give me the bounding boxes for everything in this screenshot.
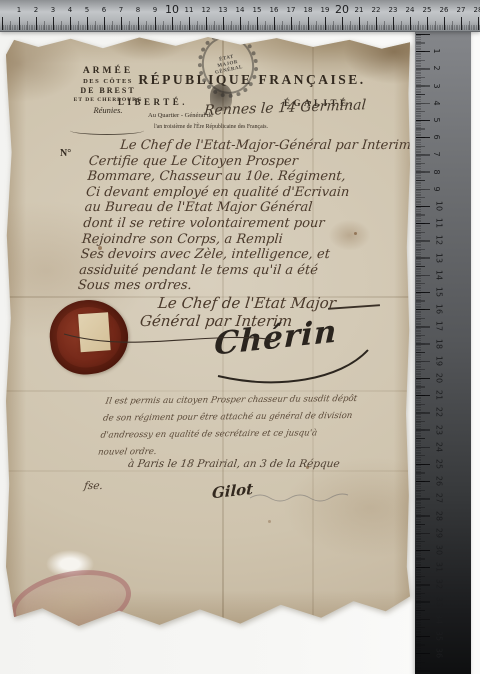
top-ruler-number: 2 bbox=[34, 6, 38, 14]
top-ruler-number: 10 bbox=[165, 3, 179, 16]
note-suffix: fse. bbox=[83, 480, 104, 492]
ink-stamp-seal: ÉTATMAJORGÉNÉRAL bbox=[192, 26, 264, 103]
top-ruler-number: 22 bbox=[372, 6, 381, 14]
right-ruler-number: 32 bbox=[435, 579, 444, 589]
right-ruler-number: 30 bbox=[435, 545, 444, 555]
top-ruler-number: 26 bbox=[440, 6, 449, 14]
right-ruler-number: 31 bbox=[435, 562, 444, 572]
right-ruler-number: 23 bbox=[435, 425, 444, 435]
right-ruler-number: 8 bbox=[432, 169, 441, 174]
top-ruler-number: 8 bbox=[136, 6, 140, 14]
top-ruler-number: 24 bbox=[406, 6, 415, 14]
right-ruler-number: 7 bbox=[432, 152, 441, 157]
right-ruler: 1234567891011121314151617181920212223242… bbox=[415, 30, 471, 674]
right-ruler-number: 2 bbox=[432, 66, 441, 71]
document-paper: ARMÉEDES CÔTESDE BRESTET DE CHERBOURGRéu… bbox=[6, 34, 410, 626]
right-ruler-number: 12 bbox=[435, 235, 444, 245]
top-ruler-number: 23 bbox=[389, 6, 398, 14]
top-ruler-number: 11 bbox=[185, 6, 194, 14]
right-ruler-number: 3 bbox=[432, 83, 441, 88]
right-ruler-number: 24 bbox=[435, 442, 444, 452]
photograph-scene: ARMÉEDES CÔTESDE BRESTET DE CHERBOURGRéu… bbox=[0, 0, 480, 674]
right-ruler-number: 27 bbox=[435, 493, 444, 503]
right-ruler-number: 26 bbox=[435, 476, 444, 486]
top-ruler-number: 21 bbox=[355, 6, 364, 14]
paper-sheet: ARMÉEDES CÔTESDE BRESTET DE CHERBOURGRéu… bbox=[6, 34, 410, 626]
top-ruler-number: 1 bbox=[17, 6, 21, 14]
right-ruler-number: 4 bbox=[432, 100, 441, 105]
right-ruler-number: 35 bbox=[435, 631, 444, 641]
right-ruler-number: 6 bbox=[432, 135, 441, 140]
right-ruler-number: 33 bbox=[435, 597, 444, 607]
handwritten-line: dont il se retire volontairement pour bbox=[83, 216, 408, 232]
top-ruler-number: 4 bbox=[68, 6, 72, 14]
top-ruler-number: 13 bbox=[219, 6, 228, 14]
closing-line-1: Le Chef de l'Etat Major bbox=[157, 294, 337, 312]
handwritten-body: Le Chef de l'Etat-Major-Général par Inte… bbox=[77, 138, 415, 294]
note-dateline: à Paris le 18 Prairial, an 3 de la Répqu… bbox=[127, 458, 340, 470]
handwritten-line: assiduité pendant le tems qu'il a été bbox=[79, 263, 404, 279]
right-ruler-number: 1 bbox=[432, 49, 441, 54]
red-wax-seal bbox=[45, 295, 133, 379]
right-ruler-number: 28 bbox=[435, 511, 444, 521]
red-wax-residue-stain bbox=[5, 560, 137, 646]
top-ruler-number: 9 bbox=[153, 6, 157, 14]
top-ruler-number: 18 bbox=[304, 6, 313, 14]
right-ruler-number: 21 bbox=[435, 390, 444, 400]
handwritten-line: Ci devant employé en qualité d'Ecrivain bbox=[85, 185, 410, 201]
marginal-note: Il est permis au citoyen Prosper chasseu… bbox=[97, 390, 408, 461]
handwritten-line: Sous mes ordres. bbox=[77, 278, 402, 294]
right-ruler-number: 20 bbox=[435, 373, 444, 383]
right-ruler-number: 25 bbox=[435, 459, 444, 469]
top-ruler-number: 12 bbox=[202, 6, 211, 14]
right-ruler-number: 11 bbox=[435, 218, 444, 228]
top-ruler-number: 25 bbox=[423, 6, 432, 14]
right-ruler-number: 10 bbox=[435, 201, 444, 211]
right-ruler-number: 15 bbox=[435, 287, 444, 297]
top-ruler-scale: 1234567891011121314151617181920212223242… bbox=[0, 0, 480, 31]
right-ruler-number: 9 bbox=[432, 186, 441, 191]
numero-label: N° bbox=[60, 148, 71, 159]
typographic-flourish bbox=[70, 126, 144, 135]
wax-seal-paper-square bbox=[78, 312, 111, 352]
handwritten-line: Ses devoirs avec Zèle, intelligence, et bbox=[80, 247, 405, 263]
right-ruler-number: 18 bbox=[435, 339, 444, 349]
handwritten-line: Rejoindre son Corps, a Rempli bbox=[81, 232, 406, 248]
top-ruler-number: 15 bbox=[253, 6, 262, 14]
top-ruler-number: 27 bbox=[457, 6, 466, 14]
horizontal-fold-crease bbox=[6, 470, 410, 472]
top-ruler-number: 5 bbox=[85, 6, 89, 14]
republican-era-line: l'an troisième de l'Ère Républicaine des… bbox=[154, 124, 268, 130]
right-ruler-number: 17 bbox=[435, 321, 444, 331]
right-ruler-number: 14 bbox=[435, 270, 444, 280]
liberte-label: LIBERTÉ. bbox=[118, 97, 188, 107]
handwritten-line: Le Chef de l'Etat-Major-Général par Inte… bbox=[89, 138, 414, 154]
right-ruler-scale: 1234567891011121314151617181920212223242… bbox=[415, 31, 471, 674]
top-ruler-number: 14 bbox=[236, 6, 245, 14]
top-ruler-number: 7 bbox=[119, 6, 123, 14]
top-ruler: 1234567891011121314151617181920212223242… bbox=[0, 0, 480, 32]
pencil-signature-squiggle bbox=[250, 494, 348, 501]
right-ruler-number: 5 bbox=[432, 117, 441, 122]
handwritten-line: au Bureau de l'Etat Major Général bbox=[84, 200, 409, 216]
top-ruler-number: 17 bbox=[287, 6, 296, 14]
top-ruler-number: 20 bbox=[335, 3, 349, 16]
handwritten-line: Certifie que Le Citoyen Prosper bbox=[88, 154, 413, 170]
top-ruler-number: 16 bbox=[270, 6, 279, 14]
stain-speck bbox=[268, 520, 271, 523]
top-ruler-number: 3 bbox=[51, 6, 55, 14]
gilot-signature: Gilot bbox=[212, 480, 254, 502]
right-ruler-number: 19 bbox=[435, 356, 444, 366]
top-ruler-number: 28 bbox=[474, 6, 480, 14]
right-ruler-number: 16 bbox=[435, 304, 444, 314]
handwritten-line: Bommare, Chasseur au 10e. Régiment, bbox=[87, 169, 412, 185]
right-ruler-number: 36 bbox=[435, 648, 444, 658]
right-ruler-number: 13 bbox=[435, 253, 444, 263]
right-ruler-number: 22 bbox=[435, 407, 444, 417]
top-ruler-number: 6 bbox=[102, 6, 106, 14]
top-ruler-number: 19 bbox=[321, 6, 330, 14]
right-ruler-number: 29 bbox=[435, 528, 444, 538]
right-ruler-number: 34 bbox=[435, 614, 444, 624]
